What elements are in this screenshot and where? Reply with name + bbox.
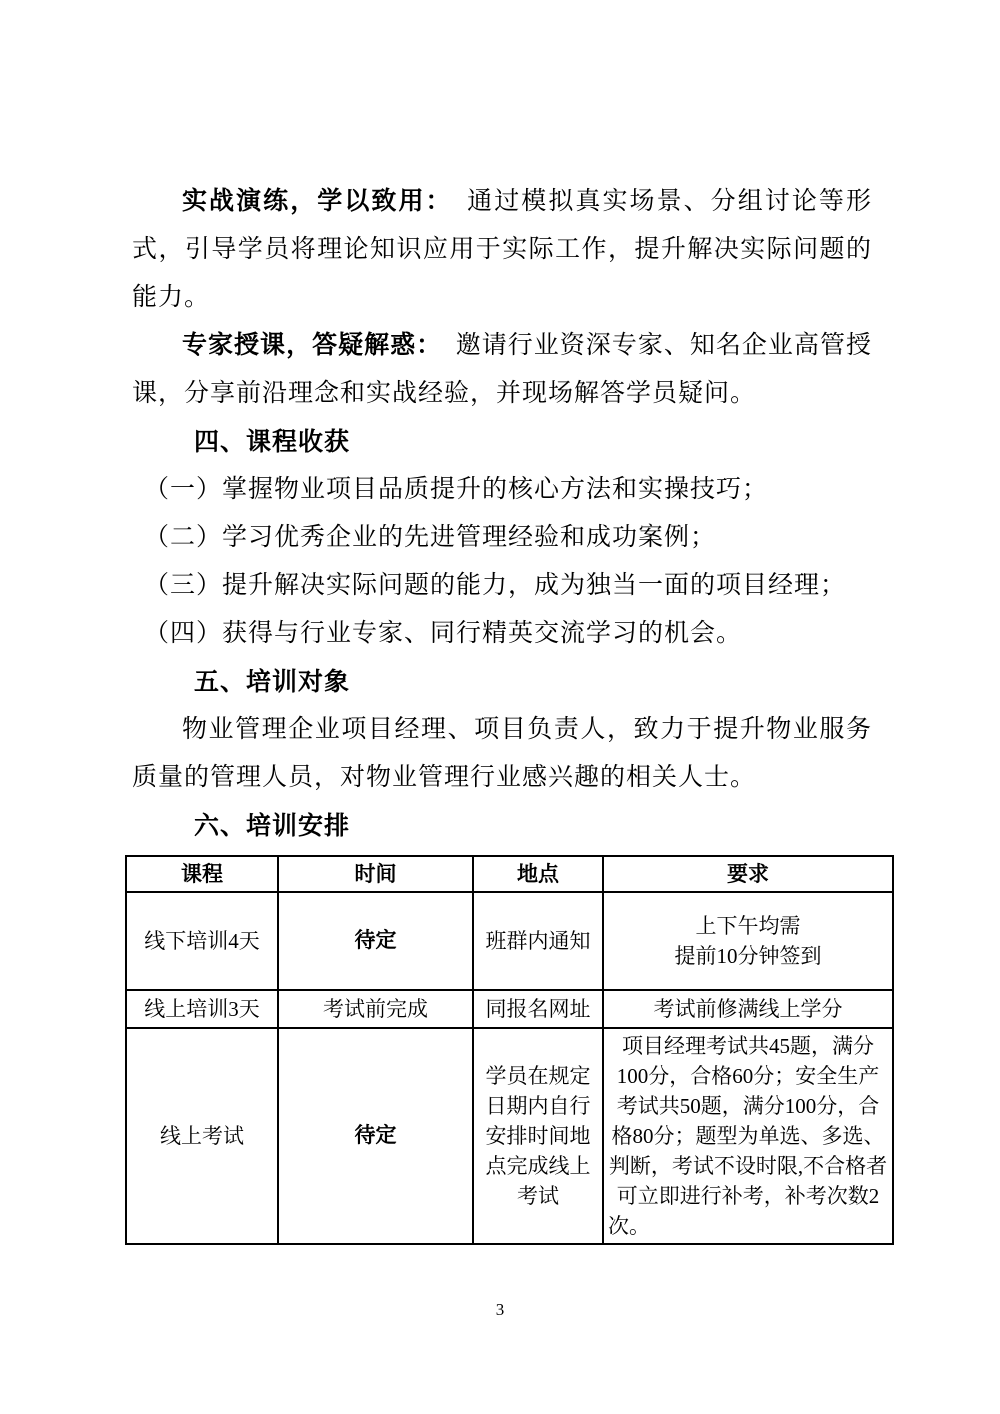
heading-training-audience: 五、培训对象 [194,658,872,706]
list-item-gain-2: （二）学习优秀企业的先进管理经验和成功案例； [144,514,872,562]
list-item-gain-3: （三）提升解决实际问题的能力，成为独当一面的项目经理； [144,562,872,610]
page-number: 3 [0,1300,1000,1320]
cell-requirement: 上下午均需 提前10分钟签到 [603,892,893,990]
schedule-table: 课程 时间 地点 要求 线下培训4天 待定 班群内通知 上下午均需 提前10分钟… [125,855,894,1245]
cell-requirement: 项目经理考试共45题，满分100分，合格60分；安全生产考试共50题，满分100… [603,1028,893,1244]
table-header-row: 课程 时间 地点 要求 [126,856,893,892]
cell-requirement: 考试前修满线上学分 [603,990,893,1028]
list-item-gain-1: （一）掌握物业项目品质提升的核心方法和实操技巧； [144,466,872,514]
paragraph-expert-teaching: 专家授课，答疑解惑： 邀请行业资深专家、知名企业高管授课，分享前沿理念和实战经验… [132,322,872,418]
table-row-online-exam: 线上考试 待定 学员在规定日期内自行安排时间地点完成线上考试 项目经理考试共45… [126,1028,893,1244]
list-item-gain-4: （四）获得与行业专家、同行精英交流学习的机会。 [144,610,872,658]
column-header-time: 时间 [278,856,473,892]
column-header-requirement: 要求 [603,856,893,892]
heading-course-gains: 四、课程收获 [194,418,872,466]
page-content: 实战演练，学以致用： 通过模拟真实场景、分组讨论等形式，引导学员将理论知识应用于… [132,178,872,1245]
table-row-online-training: 线上培训3天 考试前完成 同报名网址 考试前修满线上学分 [126,990,893,1028]
cell-time: 待定 [278,1028,473,1244]
column-header-location: 地点 [473,856,603,892]
table-row-offline-training: 线下培训4天 待定 班群内通知 上下午均需 提前10分钟签到 [126,892,893,990]
paragraph-practice-drill: 实战演练，学以致用： 通过模拟真实场景、分组讨论等形式，引导学员将理论知识应用于… [132,178,872,322]
column-header-course: 课程 [126,856,278,892]
cell-course: 线上考试 [126,1028,278,1244]
document-page: 实战演练，学以致用： 通过模拟真实场景、分组讨论等形式，引导学员将理论知识应用于… [0,0,1000,1414]
cell-location: 学员在规定日期内自行安排时间地点完成线上考试 [473,1028,603,1244]
paragraph-lead-bold: 专家授课，答疑解惑： [182,332,430,359]
cell-location: 班群内通知 [473,892,603,990]
paragraph-audience: 物业管理企业项目经理、项目负责人，致力于提升物业服务质量的管理人员，对物业管理行… [132,706,872,802]
cell-location: 同报名网址 [473,990,603,1028]
cell-time: 考试前完成 [278,990,473,1028]
heading-training-schedule: 六、培训安排 [194,802,872,850]
paragraph-lead-bold: 实战演练，学以致用： [182,188,440,215]
cell-time: 待定 [278,892,473,990]
cell-course: 线上培训3天 [126,990,278,1028]
cell-course: 线下培训4天 [126,892,278,990]
